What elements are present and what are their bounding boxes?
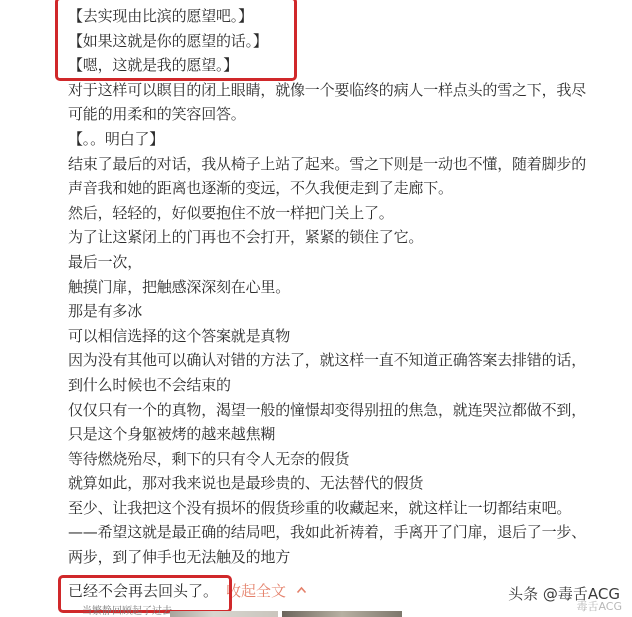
paragraph-line: 因为没有其他可以确认对错的方法了，就这样一直不知道正确答案去排错的话，: [68, 348, 624, 373]
paragraph-line: 触摸门扉，把触感深深刻在心里。: [68, 275, 624, 300]
final-line-text: 已经不会再去回头了。: [68, 579, 218, 603]
paragraph-line: 那是有多冰: [68, 299, 624, 324]
dialogue-line: 【去实现由比滨的愿望吧。】: [68, 4, 624, 29]
dialogue-line: 【嗯，这就是我的愿望。】: [68, 53, 624, 78]
paragraph-line: 可能的用柔和的笑容回答。: [68, 102, 624, 127]
paragraph-line: 至少、让我把这个没有损坏的假货珍重的收藏起来，就这样让一切都结束吧。: [68, 496, 624, 521]
thumbnail-image[interactable]: [170, 611, 278, 617]
dialogue-line: 【。。明白了】: [68, 127, 624, 152]
paragraph-line: ——希望这就是最正确的结局吧，我如此祈祷着，手离开了门扉，退后了一步、: [68, 520, 624, 545]
article-body: 【去实现由比滨的愿望吧。】 【如果这就是你的愿望的话。】 【嗯，这就是我的愿望。…: [68, 4, 624, 570]
thumbnail-caption: 当繁静回顾起了过去: [82, 607, 172, 617]
final-line-row: 已经不会再去回头了。 收起全文: [68, 579, 306, 603]
paragraph-line: 对于这样可以瞑目的闭上眼睛，就像一个要临终的病人一样点头的雪之下，我尽: [68, 78, 624, 103]
paragraph-line: 为了让这紧闭上的门再也不会打开，紧紧的锁住了它。: [68, 225, 624, 250]
paragraph-line: 结束了最后的对话，我从椅子上站了起来。雪之下则是一动也不懂，随着脚步的: [68, 152, 624, 177]
paragraph-line: 然后，轻轻的，好似要抱住不放一样把门关上了。: [68, 201, 624, 226]
watermark-sub: 毒舌ACG: [576, 598, 622, 614]
paragraph-line: 最后一次，: [68, 250, 624, 275]
thumbnail-strip: 当繁静回顾起了过去: [60, 609, 480, 617]
paragraph-line: 仅仅只有一个的真物，渴望一般的憧憬却变得别扭的焦急，就连哭泣都做不到，: [68, 398, 624, 423]
chevron-up-icon: [296, 586, 306, 596]
paragraph-line: 等待燃烧殆尽，剩下的只有令人无奈的假货: [68, 447, 624, 472]
paragraph-line: 就算如此，那对我来说也是最珍贵的、无法替代的假货: [68, 471, 624, 496]
thumbnail-image[interactable]: [282, 611, 402, 617]
paragraph-line: 声音我和她的距离也逐渐的变远，不久我便走到了走廊下。: [68, 176, 624, 201]
paragraph-line: 两步，到了伸手也无法触及的地方: [68, 545, 624, 570]
collapse-label: 收起全文: [226, 579, 286, 603]
dialogue-line: 【如果这就是你的愿望的话。】: [68, 29, 624, 54]
paragraph-line: 到什么时候也不会结束的: [68, 373, 624, 398]
collapse-full-text-button[interactable]: 收起全文: [226, 579, 306, 603]
paragraph-line: 只是这个身躯被烤的越来越焦糊: [68, 422, 624, 447]
paragraph-line: 可以相信选择的这个答案就是真物: [68, 324, 624, 349]
